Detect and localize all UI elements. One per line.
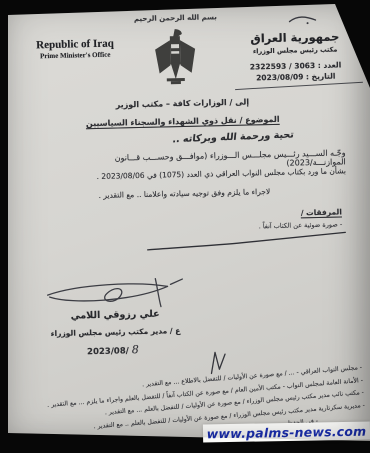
date-label: التاريخ :	[306, 72, 336, 82]
bismillah-calligraphy: بسم الله الرحمن الرحيم	[123, 13, 227, 23]
signature-date-printed: 2023/08/	[87, 346, 129, 357]
arabic-republic-title: جمهورية العراق	[234, 29, 356, 46]
attachments-item: - صورة ضوئية عن الكتاب آنفاً .	[192, 220, 342, 231]
attachments-label: المرفقات /	[270, 207, 342, 218]
signature-date-handwritten-day: 8	[132, 343, 139, 356]
document-content: Republic of Iraq Prime Minister's Office…	[0, 0, 370, 453]
signatory-title: ع / مدير مكتب رئيس مجلس الوزراء	[30, 326, 200, 339]
pen-stroke-line-icon	[146, 231, 346, 254]
signatory-name: علي رزوقي اللامي	[50, 308, 180, 322]
date-line: التاريخ : 2023/08/09	[235, 71, 357, 83]
handwritten-mark-icon	[287, 12, 321, 27]
scanned-document-photo: Republic of Iraq Prime Minister's Office…	[0, 0, 370, 453]
ref-label: العدد :	[318, 60, 342, 70]
date-underline	[235, 82, 363, 90]
greeting-calligraphy: تحية ورحمة الله وبركاته ..	[147, 128, 318, 146]
addressee-line: إلى / الوزارات كافة – مكتب الوزير	[57, 96, 307, 111]
ref-number: 2322593 / 3063	[250, 61, 316, 71]
iraq-eagle-emblem-icon	[153, 28, 198, 87]
letterhead-english: Republic of Iraq Prime Minister's Office	[14, 37, 136, 61]
subject-line: الموضوع / نقل ذوي الشهداء والسجناء السيا…	[43, 114, 323, 129]
website-watermark: www.palms-news.com	[207, 423, 367, 441]
arabic-office-subtitle: مكتب رئيس مجلس الوزراء	[234, 45, 356, 56]
date-value: 2023/08/09	[256, 72, 303, 82]
watermark-strip: www.palms-news.com	[203, 422, 370, 443]
letterhead-arabic: جمهورية العراق مكتب رئيس مجلس الوزراء ال…	[234, 29, 357, 83]
signature-date: 2023/08/ 8	[58, 342, 168, 357]
body-line-3: لاجراء ما يلزم وفق توجيه سيادته واعلامنا…	[59, 186, 309, 201]
prime-ministers-office-subtitle: Prime Minister's Office	[14, 50, 136, 61]
reference-number-line: العدد : 2322593 / 3063	[234, 60, 356, 72]
